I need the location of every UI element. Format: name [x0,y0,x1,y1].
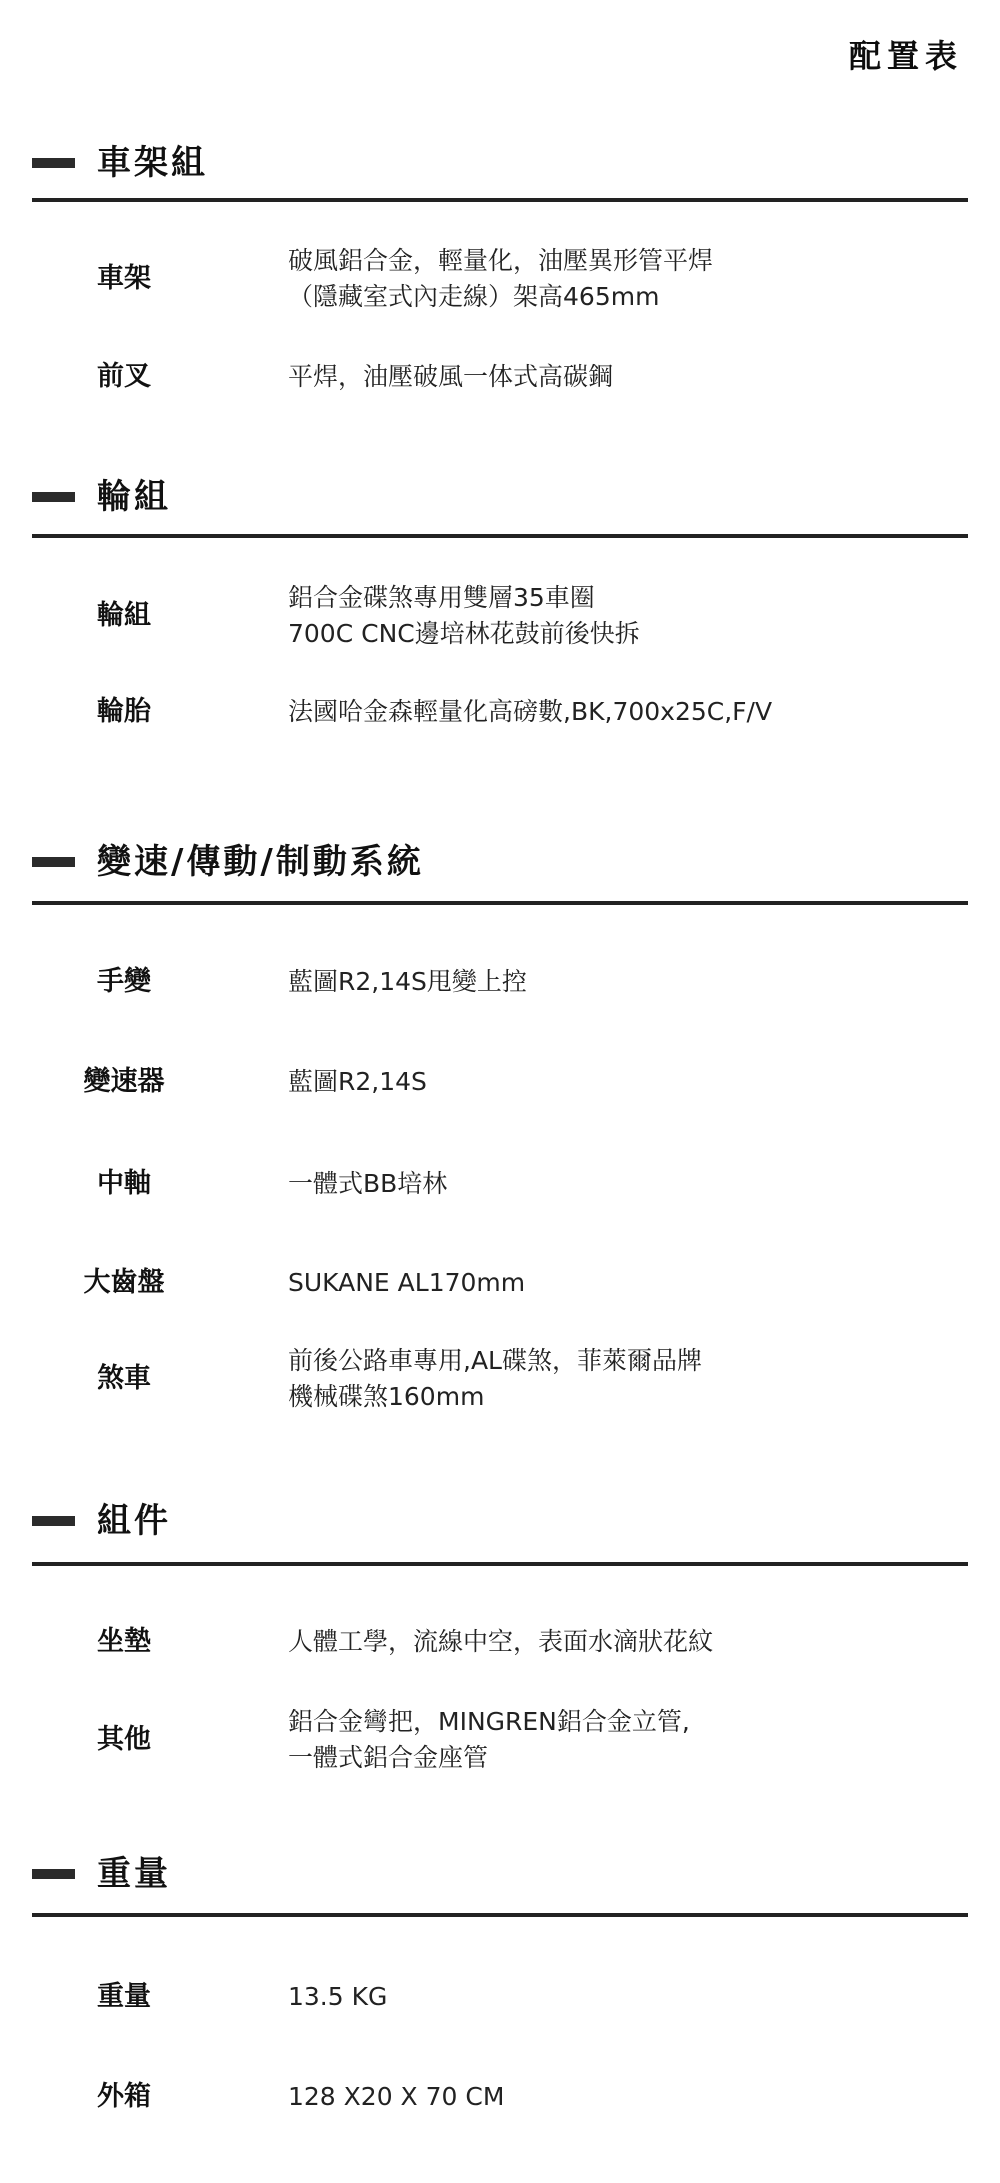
section-divider [32,534,968,538]
spec-value: 法國哈金森輕量化高磅數,BK,700x25C,F/V [288,694,772,730]
spec-row-derailleur: 變速器 藍圖R2,14S [0,1064,1000,1100]
spec-label: 前叉 [0,360,248,394]
spec-row-frame: 車架 破風鋁合金，輕量化，油壓異形管平焊 （隱藏室式內走線）架高465mm [0,243,1000,315]
section-title: 重量 [97,1852,171,1896]
spec-row-weight: 重量 13.5 KG [0,1979,1000,2015]
spec-value: 前後公路車專用,AL碟煞，菲萊爾品牌 機械碟煞160mm [288,1343,702,1415]
spec-label: 坐墊 [0,1625,248,1659]
section-dash-icon [32,857,75,867]
section-header-drivetrain: 變速/傳動/制動系統 [32,840,424,884]
spec-row-fork: 前叉 平焊，油壓破風一体式高碳鋼 [0,359,1000,395]
section-dash-icon [32,158,75,168]
spec-value: 藍圖R2,14S甩變上控 [288,964,527,1000]
section-title: 車架組 [97,141,208,185]
spec-row-box-size: 外箱 128 X20 X 70 CM [0,2079,1000,2115]
spec-value: 人體工學，流線中空，表面水滴狀花紋 [288,1624,713,1660]
spec-value: SUKANE AL170mm [288,1265,525,1301]
spec-label: 重量 [0,1980,248,2014]
section-divider [32,901,968,905]
spec-value: 破風鋁合金，輕量化，油壓異形管平焊 （隱藏室式內走線）架高465mm [288,243,713,315]
section-title: 組件 [97,1499,171,1543]
spec-value: 鋁合金彎把，MINGREN鋁合金立管, 一體式鋁合金座管 [288,1704,690,1776]
spec-value: 鋁合金碟煞專用雙層35車圈 700C CNC邊培林花鼓前後快拆 [288,580,640,652]
spec-value: 128 X20 X 70 CM [288,2079,504,2115]
section-title: 變速/傳動/制動系統 [97,840,424,884]
spec-row-brakes: 煞車 前後公路車專用,AL碟煞，菲萊爾品牌 機械碟煞160mm [0,1343,1000,1415]
spec-label: 手變 [0,965,248,999]
section-header-components: 組件 [32,1499,171,1543]
spec-label: 輪組 [0,599,248,633]
spec-row-other: 其他 鋁合金彎把，MINGREN鋁合金立管, 一體式鋁合金座管 [0,1704,1000,1776]
spec-row-bottom-bracket: 中軸 一體式BB培林 [0,1166,1000,1202]
section-title: 輪組 [97,475,171,519]
section-header-weight: 重量 [32,1852,171,1896]
spec-label: 中軸 [0,1167,248,1201]
spec-row-wheelset: 輪組 鋁合金碟煞專用雙層35車圈 700C CNC邊培林花鼓前後快拆 [0,580,1000,652]
spec-row-crankset: 大齒盤 SUKANE AL170mm [0,1265,1000,1301]
spec-label: 其他 [0,1723,248,1757]
section-dash-icon [32,492,75,502]
section-divider [32,1562,968,1566]
section-header-frame: 車架組 [32,141,208,185]
spec-row-tire: 輪胎 法國哈金森輕量化高磅數,BK,700x25C,F/V [0,694,1000,730]
spec-row-shifter: 手變 藍圖R2,14S甩變上控 [0,964,1000,1000]
spec-value: 一體式BB培林 [288,1166,447,1202]
spec-label: 大齒盤 [0,1266,248,1300]
spec-label: 輪胎 [0,695,248,729]
section-header-wheelset: 輪組 [32,475,171,519]
spec-row-saddle: 坐墊 人體工學，流線中空，表面水滴狀花紋 [0,1624,1000,1660]
spec-label: 煞車 [0,1362,248,1396]
spec-value: 藍圖R2,14S [288,1064,427,1100]
section-dash-icon [32,1869,75,1879]
spec-label: 外箱 [0,2080,248,2114]
spec-value: 13.5 KG [288,1979,387,2015]
spec-label: 車架 [0,262,248,296]
section-divider [32,1913,968,1917]
section-divider [32,198,968,202]
page-title: 配置表 [849,36,963,76]
spec-label: 變速器 [0,1065,248,1099]
spec-value: 平焊，油壓破風一体式高碳鋼 [288,359,613,395]
section-dash-icon [32,1516,75,1526]
